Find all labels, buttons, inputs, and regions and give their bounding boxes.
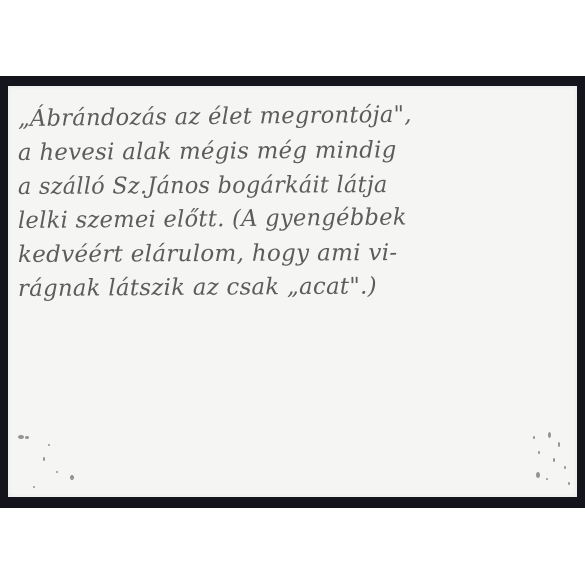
stain-speck: [56, 471, 58, 473]
stain-speck: [70, 475, 74, 480]
handwriting-line: „Ábrándozás az élet megrontója",: [18, 96, 558, 136]
handwriting-line: a szálló Sz.János bogárkáit látja: [18, 167, 553, 204]
stain-speck: [533, 436, 535, 439]
stain-speck: [546, 478, 548, 480]
stain-speck: [33, 486, 35, 488]
stain-speck: [43, 457, 45, 461]
stain-speck: [568, 482, 570, 485]
stain-speck: [558, 442, 560, 447]
stain-speck: [538, 451, 540, 454]
handwriting-line: a hevesi alak mégis még mindig: [18, 132, 564, 170]
stain-speck: [564, 466, 566, 469]
handwriting-line: kedvéért elárulom, hogy ami vi-: [18, 235, 569, 272]
handwritten-text: „Ábrándozás az élet megrontója", a heves…: [18, 102, 569, 306]
photo-card-back: „Ábrándozás az élet megrontója", a heves…: [8, 86, 577, 497]
stain-speck: [553, 458, 555, 462]
stain-speck: [548, 432, 551, 438]
stain-speck: [18, 435, 24, 439]
stain-speck: [536, 472, 540, 478]
photo-black-border: „Ábrándozás az élet megrontója", a heves…: [0, 76, 585, 508]
handwriting-line: lelki szemei előtt. (A gyengébbek: [18, 199, 558, 238]
stain-speck: [25, 436, 29, 439]
handwriting-line: rágnak látszik az csak „acat".): [18, 268, 564, 306]
stain-speck: [48, 444, 50, 446]
